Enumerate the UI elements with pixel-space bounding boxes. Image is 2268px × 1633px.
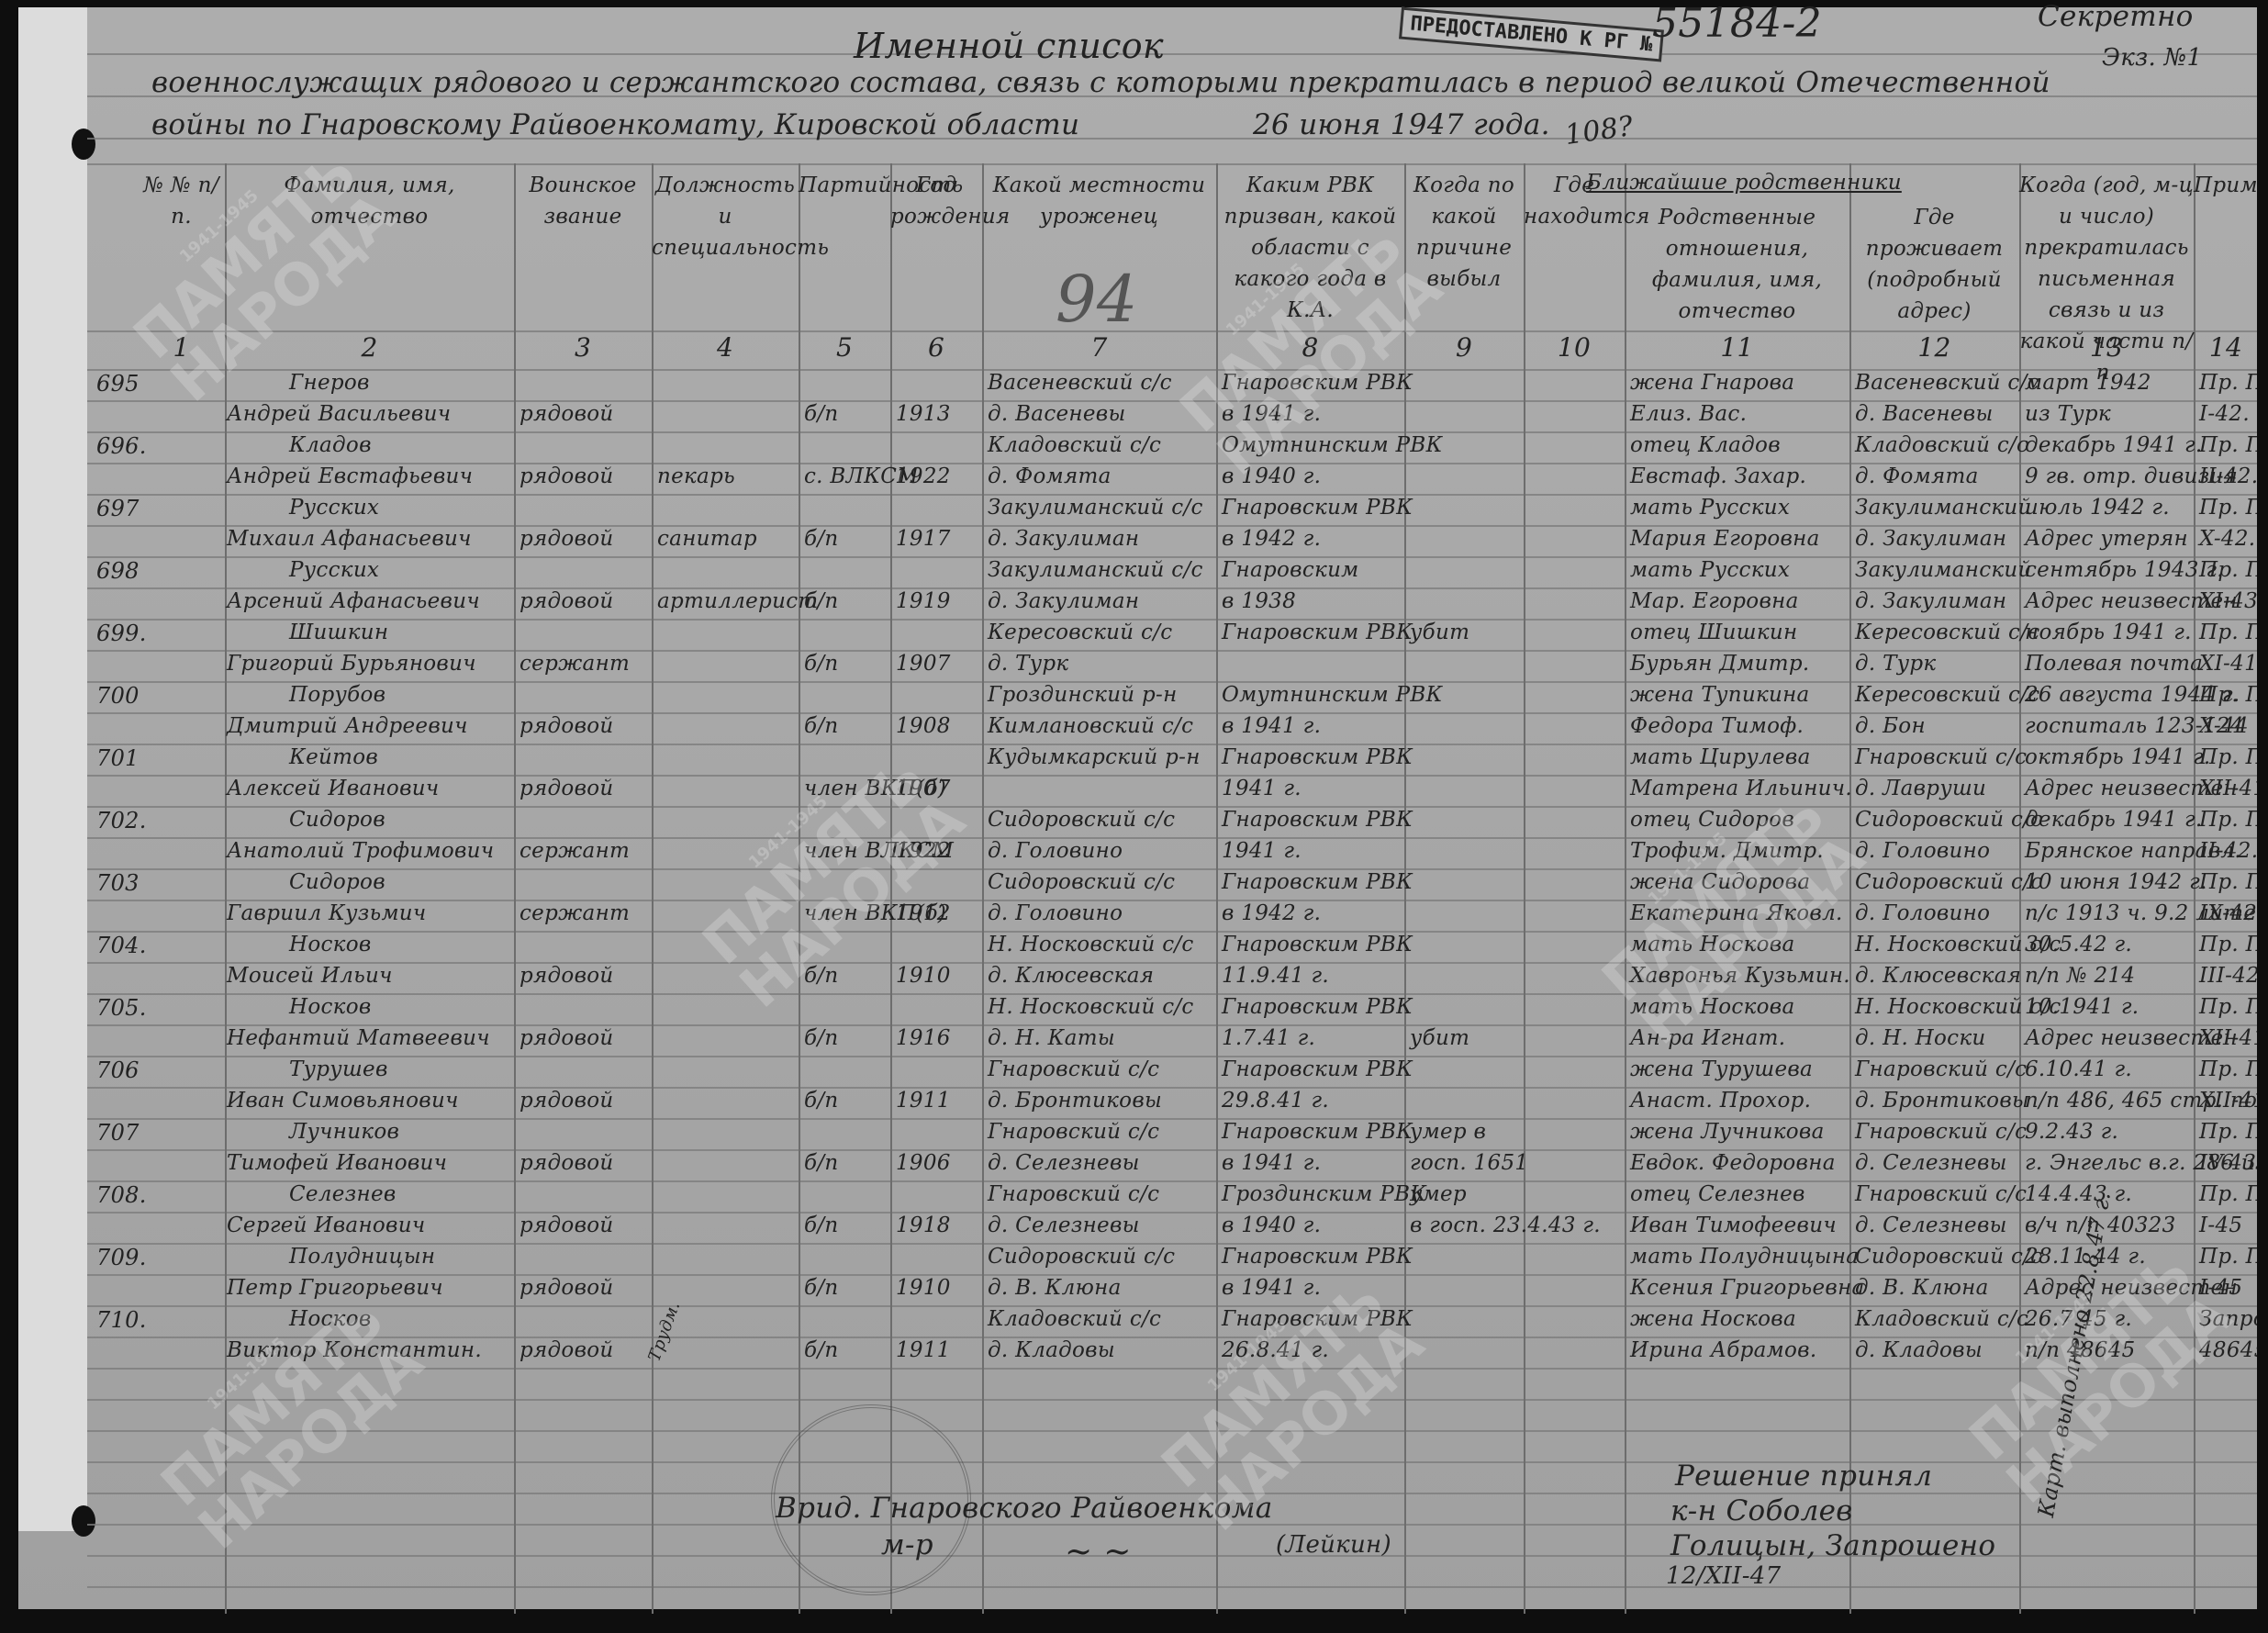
scan-border-bottom bbox=[0, 1614, 2268, 1633]
origin-village: д. Н. Каты bbox=[988, 1026, 1115, 1050]
relative-address-village: д. Головино bbox=[1855, 901, 1990, 925]
military-rank: рядовой bbox=[520, 1089, 614, 1113]
first-patronymic: Дмитрий Андреевич bbox=[227, 714, 468, 738]
first-patronymic: Петр Григорьевич bbox=[227, 1276, 443, 1300]
relative-relation: жена Сидорова bbox=[1630, 870, 1810, 894]
note-date: X-42. bbox=[2199, 527, 2255, 551]
row-number: 698 bbox=[96, 558, 140, 584]
origin-council: Кересовский с/с bbox=[988, 621, 1172, 644]
party-membership: б/п bbox=[804, 589, 839, 613]
note-date: I-45 bbox=[2199, 1214, 2242, 1237]
column-divider bbox=[1216, 163, 1218, 1614]
relative-name: Евдок. Федоровна bbox=[1630, 1151, 1836, 1175]
position: санитар bbox=[657, 527, 757, 551]
departure-reason: умер bbox=[1410, 1182, 1467, 1206]
military-rank: рядовой bbox=[520, 1151, 614, 1175]
relative-name: Евстаф. Захар. bbox=[1630, 464, 1806, 488]
signatory-title: Врид. Гнаровского Райвоенкома bbox=[776, 1492, 1272, 1525]
surname: Селезнев bbox=[289, 1182, 397, 1206]
first-patronymic: Иван Симовьянович bbox=[227, 1089, 459, 1113]
surname: Шишкин bbox=[289, 621, 388, 644]
note-date: XI-41. bbox=[2199, 652, 2265, 676]
relative-address-village: д. В. Клюна bbox=[1855, 1276, 1989, 1300]
relative-address-council: Кладовский с/с bbox=[1855, 433, 2028, 457]
row-number: 707 bbox=[96, 1120, 140, 1146]
first-patronymic: Андрей Евстафьевич bbox=[227, 464, 473, 488]
relative-address-village: д. Н. Носки bbox=[1855, 1026, 1986, 1050]
relative-address-village: д. Васеневы bbox=[1855, 402, 1994, 426]
last-contact-unit: Полевая почта bbox=[2025, 652, 2203, 676]
first-patronymic: Григорий Бурьянович bbox=[227, 652, 476, 676]
relative-name: Мария Егоровна bbox=[1630, 527, 1820, 551]
origin-village: д. Фомята bbox=[988, 464, 1112, 488]
note-date: XI-43. bbox=[2199, 589, 2265, 613]
column-number: 6 bbox=[890, 332, 982, 363]
column-divider bbox=[1625, 163, 1626, 1614]
surname: Носков bbox=[289, 1307, 372, 1331]
birth-year: 1911 bbox=[896, 1089, 951, 1113]
relative-name: Федора Тимоф. bbox=[1630, 714, 1804, 738]
column-divider bbox=[652, 163, 654, 1614]
row-number: 706 bbox=[96, 1057, 140, 1083]
subtitle-line-1: военнослужащих рядового и сержантского с… bbox=[151, 66, 2050, 99]
birth-year: 1913 bbox=[896, 402, 951, 426]
column-number: 5 bbox=[799, 332, 890, 363]
military-rank: сержант bbox=[520, 652, 630, 676]
last-contact-date: 10 июня 1942 г. bbox=[2025, 870, 2207, 894]
surname: Кладов bbox=[289, 433, 372, 457]
departure-reason: убит bbox=[1410, 621, 1469, 644]
relative-address-council: Гнаровский с/с bbox=[1855, 1057, 2027, 1081]
origin-council: Сидоровский с/с bbox=[988, 870, 1175, 894]
draft-office: Гнаровским РВК bbox=[1222, 621, 1413, 644]
ruled-line bbox=[87, 53, 2268, 55]
party-membership: б/п bbox=[804, 1026, 839, 1050]
draft-year: в 1941 г. bbox=[1222, 1151, 1321, 1175]
relative-name: Иван Тимофеевич bbox=[1630, 1214, 1837, 1237]
military-rank: рядовой bbox=[520, 1276, 614, 1300]
row-number: 699. bbox=[96, 621, 147, 646]
draft-office: Гнаровским РВК bbox=[1222, 745, 1413, 769]
column-header: Примечание bbox=[2194, 170, 2258, 201]
relative-address-council: Гнаровский с/с bbox=[1855, 1182, 2027, 1206]
relative-address-village: д. Турк bbox=[1855, 652, 1936, 676]
decision-line-3: Голицын, Запрошено bbox=[1670, 1529, 1995, 1562]
column-number: 3 bbox=[514, 332, 652, 363]
relative-address-council: Гнаровский с/с bbox=[1855, 1120, 2027, 1144]
surname: Турушев bbox=[289, 1057, 388, 1081]
group-header-relatives: Ближайшие родственники bbox=[1551, 167, 1937, 198]
last-contact-date: 6.10.41 г. bbox=[2025, 1057, 2132, 1081]
draft-office: Гнаровским РВК bbox=[1222, 371, 1413, 395]
surname: Русских bbox=[289, 496, 379, 520]
origin-council: Гнаровский с/с bbox=[988, 1182, 1159, 1206]
birth-year: 1922 bbox=[896, 839, 951, 863]
copy-mark: Экз. №1 bbox=[2102, 44, 2202, 72]
relative-address-council: Закулиманский bbox=[1855, 558, 2032, 582]
surname: Гнеров bbox=[289, 371, 370, 395]
relative-name: Екатерина Яковл. bbox=[1630, 901, 1843, 925]
origin-council: Сидоровский с/с bbox=[988, 1245, 1175, 1269]
origin-village: д. Головино bbox=[988, 901, 1123, 925]
column-divider bbox=[1524, 163, 1525, 1614]
relative-relation: отец Селезнев bbox=[1630, 1182, 1805, 1206]
column-divider bbox=[982, 163, 984, 1614]
row-number: 695 bbox=[96, 371, 140, 397]
first-patronymic: Андрей Васильевич bbox=[227, 402, 451, 426]
relative-name: Мар. Егоровна bbox=[1630, 589, 1799, 613]
birth-year: 1906 bbox=[896, 1151, 951, 1175]
party-membership: б/п bbox=[804, 714, 839, 738]
relative-relation: отец Кладов bbox=[1630, 433, 1781, 457]
birth-year: 1919 bbox=[896, 589, 951, 613]
relative-address-council: Кересовский с/с bbox=[1855, 621, 2039, 644]
note-date: IX-42. bbox=[2199, 901, 2264, 925]
relative-address-council: Гнаровский с/с bbox=[1855, 745, 2027, 769]
first-patronymic: Анатолий Трофимович bbox=[227, 839, 494, 863]
first-patronymic: Моисей Ильич bbox=[227, 964, 393, 988]
draft-year: 29.8.41 г. bbox=[1222, 1089, 1329, 1113]
party-membership: б/п bbox=[804, 1151, 839, 1175]
row-number: 701 bbox=[96, 745, 140, 771]
last-contact-date: март 1942 bbox=[2025, 371, 2151, 395]
draft-office: Гнаровским РВК bbox=[1222, 808, 1413, 832]
draft-year: 1941 г. bbox=[1222, 777, 1302, 800]
ruled-line bbox=[87, 1399, 2268, 1401]
subtitle-line-2: войны по Гнаровскому Райвоенкомату, Киро… bbox=[151, 108, 1079, 141]
relative-relation: жена Турушева bbox=[1630, 1057, 1813, 1081]
first-patronymic: Виктор Константин. bbox=[227, 1338, 482, 1362]
scan-border-top bbox=[0, 0, 2268, 7]
row-number: 705. bbox=[96, 995, 147, 1021]
relative-address-village: д. Клюсевская bbox=[1855, 964, 2021, 988]
column-header: Должность и специальность bbox=[652, 170, 799, 263]
relative-address-village: д. Селезневы bbox=[1855, 1151, 2007, 1175]
relative-address-council: Закулиманский bbox=[1855, 496, 2032, 520]
draft-year: в 1940 г. bbox=[1222, 1214, 1321, 1237]
relative-address-village: д. Закулиман bbox=[1855, 589, 2006, 613]
birth-year: 1911 bbox=[896, 1338, 951, 1362]
relative-address-village: д. Бон bbox=[1855, 714, 1926, 738]
column-number: 1 bbox=[138, 332, 225, 363]
military-rank: сержант bbox=[520, 839, 630, 863]
relative-relation: мать Цирулева bbox=[1630, 745, 1811, 769]
party-membership: б/п bbox=[804, 1276, 839, 1300]
military-rank: рядовой bbox=[520, 1214, 614, 1237]
column-header: Где проживает (подробный адрес) bbox=[1849, 202, 2019, 327]
draft-year: в 1942 г. bbox=[1222, 901, 1321, 925]
draft-office: Гнаровским bbox=[1222, 558, 1359, 582]
first-patronymic: Арсений Афанасьевич bbox=[227, 589, 480, 613]
origin-village: д. Клюсевская bbox=[988, 964, 1154, 988]
party-membership: б/п bbox=[804, 1338, 839, 1362]
punch-hole-top bbox=[72, 129, 95, 160]
draft-year: 1.7.41 г. bbox=[1222, 1026, 1315, 1050]
note-date: X-44 bbox=[2199, 714, 2249, 738]
column-number: 9 bbox=[1404, 332, 1524, 363]
origin-village: д. Кладовы bbox=[988, 1338, 1115, 1362]
party-membership: б/п bbox=[804, 527, 839, 551]
draft-year: в 1940 г. bbox=[1222, 464, 1321, 488]
column-header: Каким РВК призван, какой области с каког… bbox=[1216, 170, 1404, 326]
decision-line-2: к-н Соболев bbox=[1670, 1494, 1853, 1527]
relative-address-village: д. Бронтиковы bbox=[1855, 1089, 2029, 1113]
draft-year: в 1941 г. bbox=[1222, 1276, 1321, 1300]
origin-council: Кладовский с/с bbox=[988, 433, 1161, 457]
origin-council: Н. Носковский с/с bbox=[988, 995, 1194, 1019]
row-number: 710. bbox=[96, 1307, 147, 1333]
military-rank: рядовой bbox=[520, 402, 614, 426]
relative-address-council: Кересовский с/с bbox=[1855, 683, 2039, 707]
birth-year: 1908 bbox=[896, 714, 951, 738]
military-rank: рядовой bbox=[520, 777, 614, 800]
column-number: 8 bbox=[1216, 332, 1404, 363]
relative-name: Хавронья Кузьмин. bbox=[1630, 964, 1850, 988]
origin-council: Гнаровский с/с bbox=[988, 1057, 1159, 1081]
column-header: № № п/п. bbox=[138, 170, 225, 232]
draft-office: Гнаровским РВК bbox=[1222, 496, 1413, 520]
relative-name: Бурьян Дмитр. bbox=[1630, 652, 1810, 676]
surname: Кейтов bbox=[289, 745, 378, 769]
party-membership: б/п bbox=[804, 964, 839, 988]
position: артиллерист bbox=[657, 589, 819, 613]
last-contact-unit: Адрес утерян bbox=[2025, 527, 2188, 551]
last-contact-date: октябрь 1941 г. bbox=[2025, 745, 2211, 769]
origin-village: д. Селезневы bbox=[988, 1214, 1140, 1237]
decision-date: 12/XII-47 bbox=[1666, 1562, 1781, 1590]
column-number: 4 bbox=[652, 332, 799, 363]
departure-reason: умер в bbox=[1410, 1120, 1486, 1144]
note-date: I-42. bbox=[2199, 402, 2250, 426]
surname: Сидоров bbox=[289, 870, 385, 894]
relative-address-council: Сидоровский с/с bbox=[1855, 1245, 2042, 1269]
ruled-line bbox=[87, 1586, 2268, 1588]
military-rank: рядовой bbox=[520, 1026, 614, 1050]
draft-office: Омутнинским РВК bbox=[1222, 433, 1443, 457]
relative-relation: мать Носкова bbox=[1630, 933, 1795, 956]
column-divider bbox=[1849, 163, 1851, 1614]
column-header: Родственные отношения, фамилия, имя, отч… bbox=[1625, 202, 1849, 327]
birth-year: 1912 bbox=[896, 901, 951, 925]
signature-name: (Лейкин) bbox=[1276, 1531, 1391, 1559]
military-rank: рядовой bbox=[520, 589, 614, 613]
birth-year: 1922 bbox=[896, 464, 951, 488]
column-number: 11 bbox=[1625, 332, 1849, 363]
column-header: Фамилия, имя, отчество bbox=[225, 170, 514, 232]
column-number: 12 bbox=[1849, 332, 2019, 363]
paper-margin-strip bbox=[18, 7, 87, 1531]
relative-relation: жена Тупикина bbox=[1630, 683, 1810, 707]
column-header: Воинское звание bbox=[514, 170, 652, 232]
birth-year: 1918 bbox=[896, 1214, 951, 1237]
draft-office: Гнаровским РВК bbox=[1222, 1245, 1413, 1269]
military-rank: рядовой bbox=[520, 964, 614, 988]
last-contact-date: 10.1941 г. bbox=[2025, 995, 2139, 1019]
ruled-line bbox=[87, 1461, 2268, 1463]
surname: Полудницын bbox=[289, 1245, 435, 1269]
origin-village: д. Головино bbox=[988, 839, 1123, 863]
first-patronymic: Михаил Афанасьевич bbox=[227, 527, 472, 551]
draft-office: Гнаровским РВК bbox=[1222, 870, 1413, 894]
relative-relation: мать Русских bbox=[1630, 558, 1790, 582]
birth-year: 1916 bbox=[896, 1026, 951, 1050]
surname: Носков bbox=[289, 933, 372, 956]
birth-year: 1917 bbox=[896, 527, 951, 551]
column-number: 14 bbox=[2194, 332, 2258, 363]
draft-office: Гнаровским РВК bbox=[1222, 933, 1413, 956]
last-contact-date: 9.2.43 г. bbox=[2025, 1120, 2118, 1144]
ruled-line bbox=[87, 163, 2268, 165]
relative-address-village: д. Лавруши bbox=[1855, 777, 1986, 800]
last-contact-date: ноябрь 1941 г. bbox=[2025, 621, 2192, 644]
surname: Сидоров bbox=[289, 808, 385, 832]
last-contact-date: июль 1942 г. bbox=[2025, 496, 2170, 520]
draft-office: Гнаровским РВК bbox=[1222, 1307, 1413, 1331]
departure-detail: в госп. 23.4.43 г. bbox=[1410, 1214, 1601, 1237]
relative-name: Матрена Ильинич. bbox=[1630, 777, 1852, 800]
relative-relation: мать Русских bbox=[1630, 496, 1790, 520]
relative-address-village: д. Головино bbox=[1855, 839, 1990, 863]
relative-relation: жена Гнарова bbox=[1630, 371, 1794, 395]
relative-name: Елиз. Вас. bbox=[1630, 402, 1747, 426]
relative-relation: жена Лучникова bbox=[1630, 1120, 1825, 1144]
relative-relation: мать Полудницына bbox=[1630, 1245, 1859, 1269]
origin-village: д. Турк bbox=[988, 652, 1068, 676]
origin-council: Закулиманский с/с bbox=[988, 558, 1203, 582]
surname: Лучников bbox=[289, 1120, 399, 1144]
note-date: II-42. bbox=[2199, 464, 2258, 488]
first-patronymic: Тимофей Иванович bbox=[227, 1151, 447, 1175]
relative-relation: мать Носкова bbox=[1630, 995, 1795, 1019]
signatory-rank: м-р bbox=[881, 1528, 933, 1561]
punch-hole-bottom bbox=[72, 1505, 95, 1537]
pencil-mark: 94 bbox=[1056, 262, 1138, 337]
surname: Носков bbox=[289, 995, 372, 1019]
relative-relation: отец Шишкин bbox=[1630, 621, 1797, 644]
last-contact-unit: п/п № 214 bbox=[2025, 964, 2135, 988]
relative-name: Ксения Григорьевна bbox=[1630, 1276, 1865, 1300]
note-date: IV-43. bbox=[2199, 1151, 2263, 1175]
relative-address-village: д. Закулиман bbox=[1855, 527, 2006, 551]
relative-address-village: д. Кладовы bbox=[1855, 1338, 1983, 1362]
party-membership: б/п bbox=[804, 1089, 839, 1113]
note-date: II-42. bbox=[2199, 839, 2258, 863]
row-number: 708. bbox=[96, 1182, 147, 1208]
document-title: Именной список bbox=[854, 26, 1164, 66]
draft-office: Гнаровским РВК bbox=[1222, 995, 1413, 1019]
origin-council: Кладовский с/с bbox=[988, 1307, 1161, 1331]
last-contact-date: 14.4.43 г. bbox=[2025, 1182, 2132, 1206]
ruled-line bbox=[87, 1368, 2268, 1370]
relative-address-village: д. Фомята bbox=[1855, 464, 1979, 488]
relative-address-council: Кладовский с/с bbox=[1855, 1307, 2028, 1331]
column-header: Когда по какой причине выбыл bbox=[1404, 170, 1524, 295]
row-number: 696. bbox=[96, 433, 147, 459]
last-contact-unit: из Турк bbox=[2025, 402, 2111, 426]
relative-address-village: д. Селезневы bbox=[1855, 1214, 2007, 1237]
last-contact-date: 30.5.42 г. bbox=[2025, 933, 2132, 956]
origin-village: Кимлановский с/с bbox=[988, 714, 1193, 738]
origin-council: Закулиманский с/с bbox=[988, 496, 1203, 520]
draft-year: в 1938 bbox=[1222, 589, 1296, 613]
position: пекарь bbox=[657, 464, 735, 488]
column-header: Партийность bbox=[799, 170, 890, 201]
column-number: 13 bbox=[2019, 332, 2194, 363]
relative-address-council: Васеневский с/с bbox=[1855, 371, 2039, 395]
relative-name: Ирина Абрамов. bbox=[1630, 1338, 1816, 1362]
first-patronymic: Нефантий Матвеевич bbox=[227, 1026, 490, 1050]
relative-name: Ан-ра Игнат. bbox=[1630, 1026, 1785, 1050]
origin-village: д. Закулиман bbox=[988, 589, 1139, 613]
draft-year: в 1942 г. bbox=[1222, 527, 1321, 551]
party-membership: б/п bbox=[804, 652, 839, 676]
row-number: 703 bbox=[96, 870, 140, 896]
row-number: 709. bbox=[96, 1245, 147, 1270]
origin-council: Васеневский с/с bbox=[988, 371, 1172, 395]
column-header: Год рождения bbox=[890, 170, 982, 232]
column-divider bbox=[225, 163, 227, 1614]
signature: ~ ~ bbox=[1065, 1533, 1132, 1571]
ruled-line bbox=[87, 1430, 2268, 1432]
origin-village: д. Селезневы bbox=[988, 1151, 1140, 1175]
relative-address-council: Сидоровский с/с bbox=[1855, 808, 2042, 832]
departure-detail: госп. 1651 bbox=[1410, 1151, 1528, 1175]
draft-year: 1941 г. bbox=[1222, 839, 1302, 863]
last-contact-date: декабрь 1941 г. bbox=[2025, 433, 2203, 457]
military-rank: рядовой bbox=[520, 1338, 614, 1362]
party-membership: б/п bbox=[804, 1214, 839, 1237]
origin-council: Кудымкарский р-н bbox=[988, 745, 1201, 769]
secrecy-mark: Секретно bbox=[2038, 0, 2194, 33]
birth-year: 1910 bbox=[896, 964, 951, 988]
birth-year: 1907 bbox=[896, 777, 951, 800]
birth-year: 1907 bbox=[896, 652, 951, 676]
column-number: 2 bbox=[225, 332, 514, 363]
decision-line-1: Решение принял bbox=[1675, 1460, 1932, 1493]
first-patronymic: Гавриил Кузьмич bbox=[227, 901, 427, 925]
military-rank: сержант bbox=[520, 901, 630, 925]
archive-number: 55184-2 bbox=[1652, 0, 1822, 47]
origin-village: д. Закулиман bbox=[988, 527, 1139, 551]
last-contact-date: декабрь 1941 г. bbox=[2025, 808, 2203, 832]
draft-year: в 1941 г. bbox=[1222, 714, 1321, 738]
last-contact-date: сентябрь 1943 г. bbox=[2025, 558, 2224, 582]
military-rank: рядовой bbox=[520, 464, 614, 488]
row-number: 704. bbox=[96, 933, 147, 958]
origin-council: Н. Носковский с/с bbox=[988, 933, 1194, 956]
column-header: Какой местности уроженец bbox=[982, 170, 1216, 232]
relative-relation: отец Сидоров bbox=[1630, 808, 1794, 832]
first-patronymic: Сергей Иванович bbox=[227, 1214, 425, 1237]
relative-relation: жена Носкова bbox=[1630, 1307, 1796, 1331]
birth-year: 1910 bbox=[896, 1276, 951, 1300]
party-membership: б/п bbox=[804, 402, 839, 426]
scan-border-right bbox=[2257, 0, 2268, 1633]
draft-year: в 1941 г. bbox=[1222, 402, 1321, 426]
surname: Русских bbox=[289, 558, 379, 582]
note-date: I-45 bbox=[2199, 1276, 2242, 1300]
origin-village: д. Бронтиковы bbox=[988, 1089, 1162, 1113]
column-divider bbox=[514, 163, 516, 1614]
draft-office: Омутнинским РВК bbox=[1222, 683, 1443, 707]
origin-council: Сидоровский с/с bbox=[988, 808, 1175, 832]
relative-name: Анаст. Прохор. bbox=[1630, 1089, 1811, 1113]
origin-council: Гнаровский с/с bbox=[988, 1120, 1159, 1144]
draft-office: Гроздинским РВК bbox=[1222, 1182, 1426, 1206]
origin-council: Гроздинский р-н bbox=[988, 683, 1178, 707]
military-rank: рядовой bbox=[520, 714, 614, 738]
draft-office: Гнаровским РВК bbox=[1222, 1120, 1413, 1144]
